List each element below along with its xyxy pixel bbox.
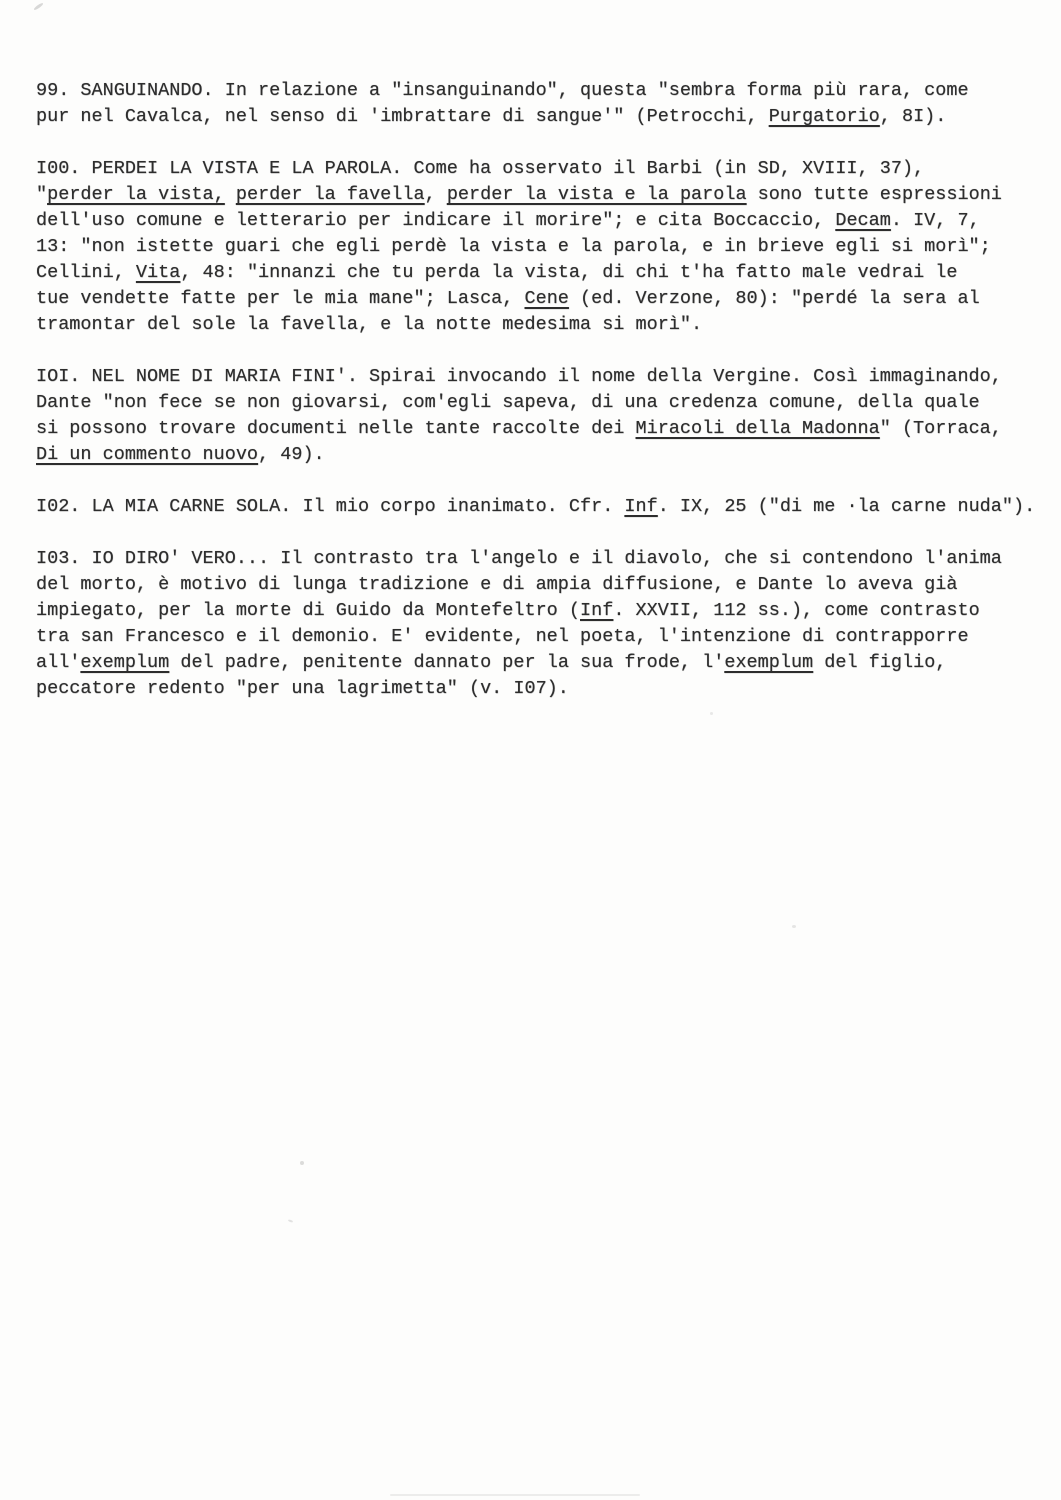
text-line: IOI. NEL NOME DI MARIA FINI'. Spirai inv… bbox=[36, 364, 1046, 390]
text-segment: dell'uso comune e letterario per indicar… bbox=[36, 210, 835, 231]
text-line: dell'uso comune e letterario per indicar… bbox=[36, 208, 1046, 234]
underlined-text: Cene bbox=[524, 288, 568, 309]
scan-speck bbox=[300, 1161, 304, 1165]
text-segment: sono tutte espressioni bbox=[747, 184, 1002, 205]
underlined-text: Decam bbox=[835, 210, 891, 231]
text-line: all'exemplum del padre, penitente dannat… bbox=[36, 650, 1046, 676]
text-line: I02. LA MIA CARNE SOLA. Il mio corpo ina… bbox=[36, 494, 1046, 520]
text-segment: peccatore redento "per una lagrimetta" (… bbox=[36, 678, 569, 699]
text-segment: impiegato, per la morte di Guido da Mont… bbox=[36, 600, 580, 621]
text-segment: . IX, 25 ("di me ·la carne nuda"). bbox=[658, 496, 1035, 517]
text-segment: all' bbox=[36, 652, 80, 673]
underlined-text: perder la favella bbox=[236, 184, 425, 205]
text-segment: " (Torraca, bbox=[880, 418, 1002, 439]
note-101: IOI. NEL NOME DI MARIA FINI'. Spirai inv… bbox=[36, 364, 1046, 468]
scan-speck bbox=[33, 2, 44, 11]
underlined-text: Miracoli della Madonna bbox=[636, 418, 880, 439]
text-segment: , bbox=[425, 184, 447, 205]
text-line: si possono trovare documenti nelle tante… bbox=[36, 416, 1046, 442]
text-line: Di un commento nuovo, 49). bbox=[36, 442, 1046, 468]
scan-speck bbox=[288, 1219, 293, 1223]
underlined-text: perder la vista, bbox=[47, 184, 225, 205]
text-line: tramontar del sole la favella, e la nott… bbox=[36, 312, 1046, 338]
text-segment: del morto, è motivo di lunga tradizione … bbox=[36, 574, 957, 595]
text-line: del morto, è motivo di lunga tradizione … bbox=[36, 572, 1046, 598]
page-text: 99. SANGUINANDO. In relazione a "insangu… bbox=[36, 78, 1046, 728]
text-segment: Dante "non fece se non giovarsi, com'egl… bbox=[36, 392, 980, 413]
text-segment: tra san Francesco e il demonio. E' evide… bbox=[36, 626, 969, 647]
text-segment: 13: "non istette guari che egli perdè la… bbox=[36, 236, 991, 257]
text-segment: . IV, 7, bbox=[891, 210, 980, 231]
underlined-text: Vita bbox=[136, 262, 180, 283]
text-segment: tue vendette fatte per le mia mane"; Las… bbox=[36, 288, 524, 309]
text-line: pur nel Cavalca, nel senso di 'imbrattar… bbox=[36, 104, 1046, 130]
text-line: I00. PERDEI LA VISTA E LA PAROLA. Come h… bbox=[36, 156, 1046, 182]
underlined-text: perder la vista e la parola bbox=[447, 184, 747, 205]
text-segment: Cellini, bbox=[36, 262, 136, 283]
text-segment: " bbox=[36, 184, 47, 205]
scanned-typewritten-page: { "colors": { "ink": "#2d2d2d", "paper":… bbox=[0, 0, 1061, 1500]
text-line: I03. IO DIRO' VERO... Il contrasto tra l… bbox=[36, 546, 1046, 572]
underlined-text: Inf bbox=[580, 600, 613, 621]
text-line: Cellini, Vita, 48: "innanzi che tu perda… bbox=[36, 260, 1046, 286]
note-103: I03. IO DIRO' VERO... Il contrasto tra l… bbox=[36, 546, 1046, 702]
text-segment: I03. IO DIRO' VERO... Il contrasto tra l… bbox=[36, 548, 1002, 569]
text-line: impiegato, per la morte di Guido da Mont… bbox=[36, 598, 1046, 624]
text-segment: tramontar del sole la favella, e la nott… bbox=[36, 314, 702, 335]
text-line: Dante "non fece se non giovarsi, com'egl… bbox=[36, 390, 1046, 416]
note-99: 99. SANGUINANDO. In relazione a "insangu… bbox=[36, 78, 1046, 130]
underlined-text: Inf bbox=[624, 496, 657, 517]
note-100: I00. PERDEI LA VISTA E LA PAROLA. Come h… bbox=[36, 156, 1046, 338]
text-segment: si possono trovare documenti nelle tante… bbox=[36, 418, 636, 439]
text-line: 99. SANGUINANDO. In relazione a "insangu… bbox=[36, 78, 1046, 104]
text-line: tue vendette fatte per le mia mane"; Las… bbox=[36, 286, 1046, 312]
scan-speck bbox=[792, 925, 796, 928]
note-102: I02. LA MIA CARNE SOLA. Il mio corpo ina… bbox=[36, 494, 1046, 520]
text-segment: pur nel Cavalca, nel senso di 'imbrattar… bbox=[36, 106, 769, 127]
text-segment: (ed. Verzone, 80): "perdé la sera al bbox=[569, 288, 980, 309]
text-segment: IOI. NEL NOME DI MARIA FINI'. Spirai inv… bbox=[36, 366, 1002, 387]
underlined-text: exemplum bbox=[80, 652, 169, 673]
text-segment: I02. LA MIA CARNE SOLA. Il mio corpo ina… bbox=[36, 496, 624, 517]
underlined-text: Di un commento nuovo bbox=[36, 444, 258, 465]
underlined-text: exemplum bbox=[724, 652, 813, 673]
text-segment: 99. SANGUINANDO. In relazione a "insangu… bbox=[36, 80, 969, 101]
text-line: "perder la vista, perder la favella, per… bbox=[36, 182, 1046, 208]
text-segment: del padre, penitente dannato per la sua … bbox=[169, 652, 724, 673]
text-line: 13: "non istette guari che egli perdè la… bbox=[36, 234, 1046, 260]
text-segment bbox=[225, 184, 236, 205]
text-segment: . XXVII, 112 ss.), come contrasto bbox=[613, 600, 979, 621]
text-segment: , 8I). bbox=[880, 106, 947, 127]
text-segment: , 49). bbox=[258, 444, 325, 465]
text-segment: del figlio, bbox=[813, 652, 946, 673]
text-segment: I00. PERDEI LA VISTA E LA PAROLA. Come h… bbox=[36, 158, 924, 179]
text-line: peccatore redento "per una lagrimetta" (… bbox=[36, 676, 1046, 702]
scan-speck bbox=[390, 1494, 640, 1496]
text-line: tra san Francesco e il demonio. E' evide… bbox=[36, 624, 1046, 650]
underlined-text: Purgatorio bbox=[769, 106, 880, 127]
text-segment: , 48: "innanzi che tu perda la vista, di… bbox=[180, 262, 957, 283]
